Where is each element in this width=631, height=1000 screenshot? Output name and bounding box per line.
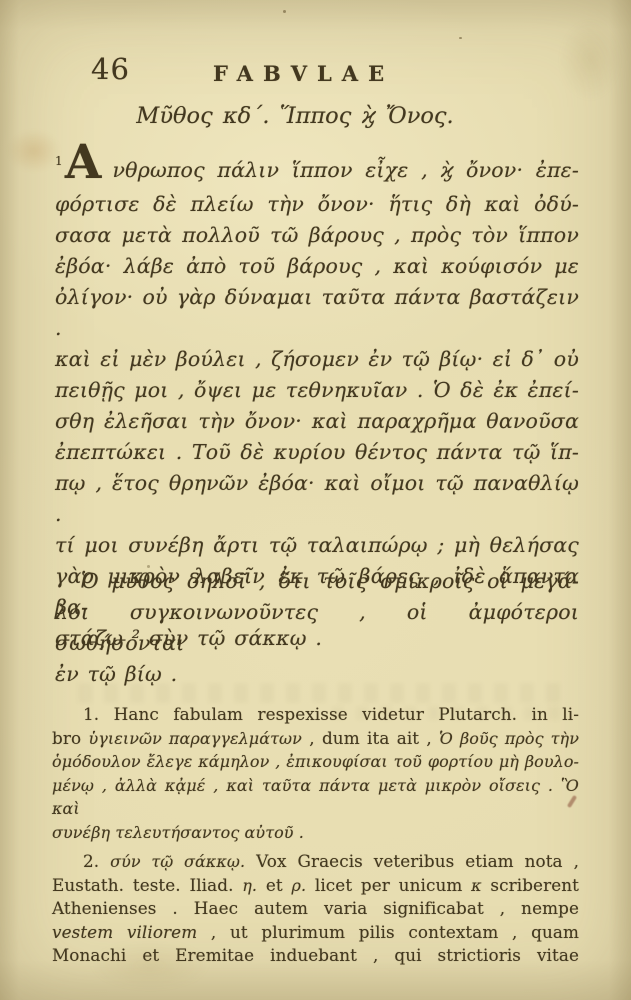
footnote-1-greek: ὑγιεινῶν παραγγελμάτων [88,729,301,748]
running-header: FABVLAE [213,61,394,86]
footnotes: 1. Hanc fabulam respexisse videtur Pluta… [52,703,579,968]
paper-stain [560,20,620,100]
footnote-2-greek: σύν τῷ σάκκῳ. [110,852,245,871]
fable-line: 1 Α νθρωπος πάλιν ἵππον εἶχε , ϗ̀ ὄνον· … [55,146,579,189]
footnote-2-line: vestem viliorem , ut plurimum pilis cont… [52,921,579,945]
fable-line: ἐβόα· λάβε ἀπὸ τοῦ βάρους , καὶ κούφισόν… [55,251,579,282]
moral-text: Ὁ μῦθος δηλοῖ , ὅτι τοῖς σμικροῖς οἱ μεγ… [55,566,579,690]
fable-line: τί μοι συνέβη ἄρτι τῷ ταλαιπώρῳ ; μὴ θελ… [55,530,579,561]
footnote-1-line: συνέβη τελευτήσαντος αὐτοῦ . [52,821,579,845]
footnote-1-latin: , dum ita ait , [302,728,439,748]
footnote-2-line: Athenienses . Haec autem varia significa… [52,897,579,921]
footnote-2-greek: ρ. [291,876,306,895]
book-page: 46 FABVLAE Μῦθος κδ´. Ἵππος ϗ̀ Ὄνος. 1 Α… [0,0,631,1000]
ink-speck [459,37,462,39]
footnote-2-latin: Vox Graecis veteribus etiam nota , [245,851,579,871]
fable-line-text: νθρωπος πάλιν ἵππον εἶχε , ϗ̀ ὄνον· ἐπε- [113,155,579,186]
footnote-1-line: μένῳ , ἀλλὰ κᾀμέ , καὶ ταῦτα πάντα μετὰ … [52,774,579,821]
footnote-2-number: 2. [83,851,110,871]
footnote-2-greek: η. [242,876,257,895]
footnote-1-greek: Ὁ βοῦς πρὸς τὴν [439,729,579,748]
footnote-2-greek: κ [471,876,482,895]
moral-line: λοι συγκοινωνοῦντες , οἱ ἀμφότεροι σωθήσ… [55,597,579,659]
fable-line: ἐπεπτώκει . Τοῦ δὲ κυρίου θέντος πάντα τ… [55,437,579,468]
fable-line: σθη ἐλεῆσαι τὴν ὄνον· καὶ παραχρῆμα θανο… [55,406,579,437]
fable-line: φόρτισε δὲ πλείω τὴν ὄνον· ἥτις δὴ καὶ ὀ… [55,189,579,220]
footnote-2-latin: Eustath. teste. Iliad. [52,875,242,895]
footnote-1-line: ὁμόδουλον ἔλεγε κάμηλον , ἐπικουφίσαι το… [52,750,579,774]
fable-line: πειθῇς μοι , ὄψει με τεθνηκυῖαν . Ὁ δὲ ἐ… [55,375,579,406]
footnote-2-italic: vestem viliorem [52,922,197,942]
footnote-2-line: 2. σύν τῷ σάκκῳ. Vox Graecis veteribus e… [52,850,579,874]
footnote-2-latin: et [257,875,291,895]
fable-line: σασα μετὰ πολλοῦ τῶ βάρους , πρὸς τὸν ἵπ… [55,220,579,251]
footnote-1-line: 1. Hanc fabulam respexisse videtur Pluta… [52,703,579,727]
footnote-2-latin: , ut plurimum pilis contextam , quam [197,922,579,942]
initial-letter: Α [65,147,102,178]
footnote-reference-1: 1 [55,146,63,177]
fable-line: ὀλίγον· οὐ γὰρ δύναμαι ταῦτα πάντα βαστά… [55,282,579,344]
fable-line: καὶ εἰ μὲν βούλει , ζήσομεν ἐν τῷ βίῳ· ε… [55,344,579,375]
ink-speck [283,10,286,13]
footnote-1-latin: bro [52,728,88,748]
footnote-1-line: bro ὑγιεινῶν παραγγελμάτων , dum ita ait… [52,727,579,751]
page-number: 46 [91,52,130,86]
footnote-2-line: Monachi et Eremitae induebant , qui stri… [52,944,579,968]
footnote-2-latin: scriberent [482,875,579,895]
moral-line: ἐν τῷ βίῳ . [55,659,579,690]
fable-title: Μῦθος κδ´. Ἵππος ϗ̀ Ὄνος. [30,103,560,129]
fable-line: πῳ , ἕτος θρηνῶν ἐβόα· καὶ οἴμοι τῷ πανα… [55,468,579,530]
paper-stain [8,130,60,172]
footnote-2-latin: licet per unicum [306,875,471,895]
moral-line: Ὁ μῦθος δηλοῖ , ὅτι τοῖς σμικροῖς οἱ μεγ… [55,566,579,597]
footnote-2-line: Eustath. teste. Iliad. η. et ρ. licet pe… [52,874,579,898]
